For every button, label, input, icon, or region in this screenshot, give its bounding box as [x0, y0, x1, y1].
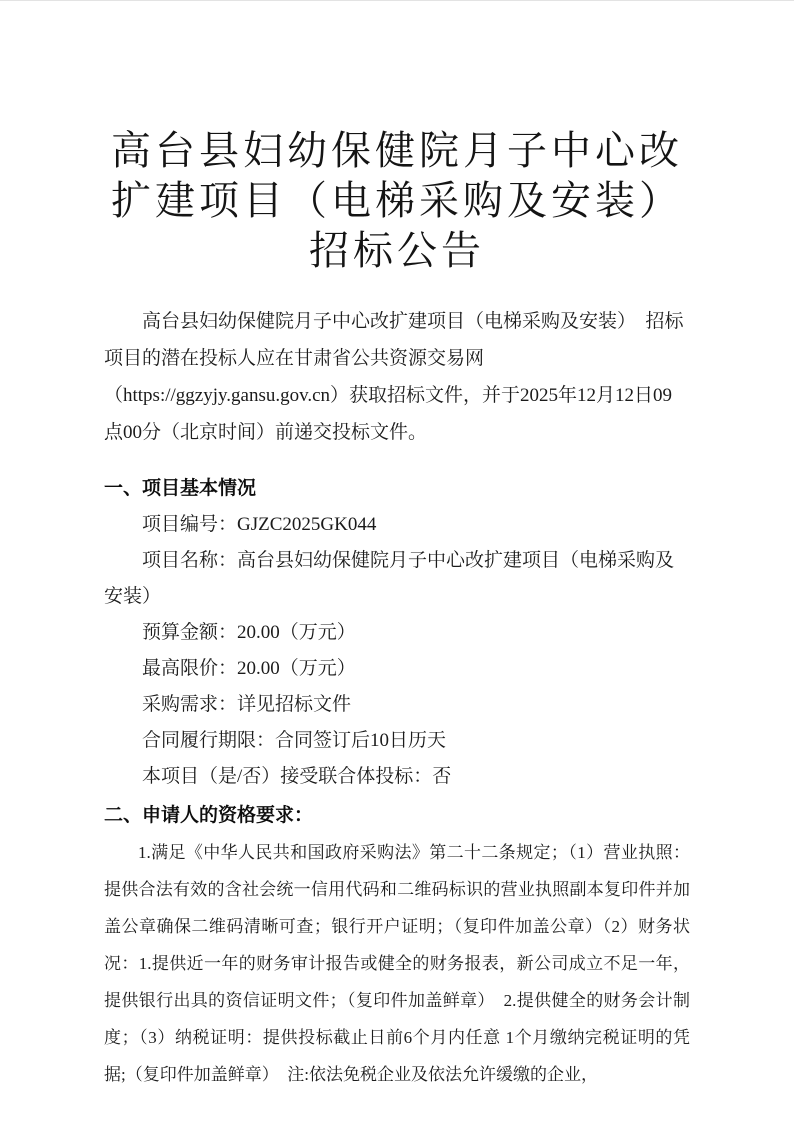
basic-info-item-consortium-bid: 本项目（是/否）接受联合体投标：否 [104, 759, 690, 795]
basic-info-item-procurement-requirement: 采购需求：详见招标文件 [104, 687, 690, 723]
basic-info-item-budget: 预算金额：20.00（万元） [104, 615, 690, 651]
item-value: 详见招标文件 [237, 694, 351, 715]
item-separator: ： [218, 658, 237, 679]
item-value: 20.00（万元） [237, 658, 356, 679]
section-heading-qualification: 二、申请人的资格要求： [104, 797, 690, 834]
intro-paragraph: 高台县妇幼保健院月子中心改扩建项目（电梯采购及安装） 招标项目的潜在投标人应在甘… [104, 303, 690, 451]
item-label: 合同履行期限 [142, 730, 256, 751]
basic-info-list: 项目编号：GJZC2025GK044 项目名称：高台县妇幼保健院月子中心改扩建项… [104, 507, 690, 795]
document-title-line-3: 招标公告 [104, 226, 690, 276]
basic-info-item-project-number: 项目编号：GJZC2025GK044 [104, 507, 690, 543]
document-title: 高台县妇幼保健院月子中心改 扩建项目（电梯采购及安装） 招标公告 [104, 126, 690, 276]
item-label: 采购需求 [142, 694, 218, 715]
item-label: 预算金额 [142, 622, 218, 643]
item-value: 否 [432, 766, 451, 787]
document-page: 高台县妇幼保健院月子中心改 扩建项目（电梯采购及安装） 招标公告 高台县妇幼保健… [0, 0, 794, 1123]
item-separator: ： [413, 766, 432, 787]
item-label: 本项目（是/否）接受联合体投标 [142, 766, 413, 787]
item-value: 20.00（万元） [237, 622, 356, 643]
item-separator: ： [218, 550, 237, 571]
document-title-line-2: 扩建项目（电梯采购及安装） [104, 176, 690, 226]
qualification-paragraph: 1.满足《中华人民共和国政府采购法》第二十二条规定；（1）营业执照：提供合法有效… [104, 834, 690, 1093]
document-title-line-1: 高台县妇幼保健院月子中心改 [104, 126, 690, 176]
section-heading-basic-info: 一、项目基本情况 [104, 470, 690, 507]
item-label: 最高限价 [142, 658, 218, 679]
item-separator: ： [218, 622, 237, 643]
item-value: 合同签订后10日历天 [275, 730, 446, 751]
item-label: 项目名称 [142, 550, 218, 571]
item-label: 项目编号 [142, 514, 218, 535]
item-separator: ： [256, 730, 275, 751]
basic-info-item-contract-period: 合同履行期限：合同签订后10日历天 [104, 723, 690, 759]
item-separator: ： [218, 694, 237, 715]
basic-info-item-max-price: 最高限价：20.00（万元） [104, 651, 690, 687]
item-separator: ： [218, 514, 237, 535]
basic-info-item-project-name: 项目名称：高台县妇幼保健院月子中心改扩建项目（电梯采购及安装） [104, 543, 690, 615]
item-value: GJZC2025GK044 [237, 514, 376, 535]
